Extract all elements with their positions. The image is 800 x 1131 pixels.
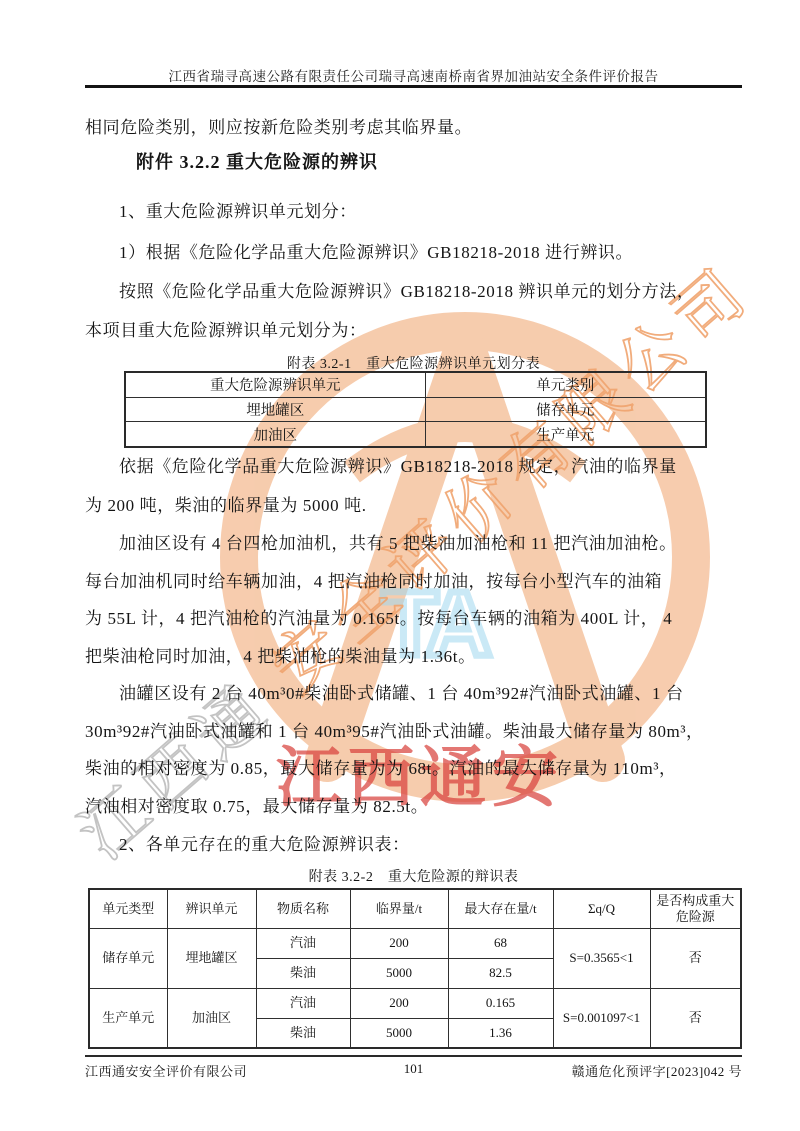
table-cell: 68 [448, 928, 553, 958]
body-line: 汽油相对密度取 0.75，最大储存量为 82.5t。 [85, 795, 742, 819]
table-cell: 柴油 [256, 958, 350, 988]
table-cell: 埋地罐区 [167, 928, 256, 988]
unit-division-table: 重大危险源辨识单元 单元类别 埋地罐区 储存单元 加油区 生产单元 [124, 371, 707, 448]
table-cell: 200 [350, 988, 448, 1018]
table-cell: S=0.3565<1 [553, 928, 650, 988]
table-cell: 5000 [350, 958, 448, 988]
table-cell: 加油区 [167, 988, 256, 1048]
table-header-row: 单元类型 辨识单元 物质名称 临界量/t 最大存在量/t Σq/Q 是否构成重大… [89, 889, 741, 928]
body-line: 30m³92#汽油卧式油罐和 1 台 40m³95#汽油卧式油罐。柴油最大储存量… [85, 720, 742, 744]
body-line: 2、各单元存在的重大危险源辨识表： [85, 833, 742, 857]
table-cell: 生产单元 [89, 988, 167, 1048]
section-heading: 附件 3.2.2 重大危险源的辨识 [136, 150, 742, 174]
body-line: 相同危险类别，则应按新危险类别考虑其临界量。 [85, 116, 742, 140]
body-line: 按照《危险化学品重大危险源辨识》GB18218-2018 辨识单元的划分方法， [85, 280, 742, 304]
body-line: 为 55L 计，4 把汽油枪的汽油量为 0.165t。按每台车辆的油箱为 400… [85, 607, 742, 631]
page-header-title: 江西省瑞寻高速公路有限责任公司瑞寻高速南桥南省界加油站安全条件评价报告 [85, 65, 742, 85]
table-header-cell: 单元类型 [89, 889, 167, 928]
table-cell: 否 [650, 988, 741, 1048]
table-row: 加油区 生产单元 [125, 422, 706, 447]
table-header-cell: 是否构成重大危险源 [650, 889, 741, 928]
table-header-cell: 辨识单元 [167, 889, 256, 928]
table-cell: 1.36 [448, 1018, 553, 1048]
body-line: 把柴油枪同时加油，4 把柴油枪的柴油量为 1.36t。 [85, 645, 742, 669]
table-cell: 82.5 [448, 958, 553, 988]
body-line: 柴油的相对密度为 0.85，最大储存量为为 68t。汽油的最大储存量为 110m… [85, 757, 742, 781]
table-cell: 埋地罐区 [125, 397, 425, 422]
body-line: 每台加油机同时给车辆加油，4 把汽油枪同时加油，按每台小型汽车的油箱 [85, 570, 742, 594]
table-cell: 200 [350, 928, 448, 958]
table-cell: 加油区 [125, 422, 425, 447]
table-cell: 0.165 [448, 988, 553, 1018]
table-cell: 储存单元 [425, 397, 706, 422]
body-line: 油罐区设有 2 台 40m³0#柴油卧式储罐、1 台 40m³92#汽油卧式油罐… [85, 682, 742, 706]
table-header-row: 重大危险源辨识单元 单元类别 [125, 372, 706, 397]
table-cell: 储存单元 [89, 928, 167, 988]
table-row: 生产单元 加油区 汽油 200 0.165 S=0.001097<1 否 [89, 988, 741, 1018]
table-row: 埋地罐区 储存单元 [125, 397, 706, 422]
table-cell: 柴油 [256, 1018, 350, 1048]
table-row: 储存单元 埋地罐区 汽油 200 68 S=0.3565<1 否 [89, 928, 741, 958]
table-cell: 5000 [350, 1018, 448, 1048]
body-line: 加油区设有 4 台四枪加油机，共有 5 把柴油加油枪和 11 把汽油加油枪。 [85, 532, 742, 556]
table-header-cell: 最大存在量/t [448, 889, 553, 928]
body-line: 为 200 吨，柴油的临界量为 5000 吨. [85, 494, 742, 518]
body-line: 1、重大危险源辨识单元划分： [85, 200, 742, 224]
header-rule [85, 85, 742, 88]
table-header-cell: 临界量/t [350, 889, 448, 928]
table-header-cell: Σq/Q [553, 889, 650, 928]
footer-doc-number: 赣通危化预评字[2023]042 号 [572, 1061, 742, 1080]
table-cell: 生产单元 [425, 422, 706, 447]
major-hazard-identification-table: 单元类型 辨识单元 物质名称 临界量/t 最大存在量/t Σq/Q 是否构成重大… [88, 888, 742, 1049]
table-header-cell: 单元类别 [425, 372, 706, 397]
footer-rule [85, 1055, 742, 1057]
table-header-cell: 重大危险源辨识单元 [125, 372, 425, 397]
table-caption: 附表 3.2-2 重大危险源的辩识表 [85, 866, 742, 886]
body-line: 本项目重大危险源辨识单元划分为： [85, 319, 742, 343]
table-cell: 汽油 [256, 988, 350, 1018]
table-cell: 否 [650, 928, 741, 988]
table-cell: 汽油 [256, 928, 350, 958]
table-caption: 附表 3.2-1 重大危险源辨识单元划分表 [85, 353, 742, 373]
body-line: 1）根据《危险化学品重大危险源辨识》GB18218-2018 进行辨识。 [85, 241, 742, 265]
table-cell: S=0.001097<1 [553, 988, 650, 1048]
table-header-cell: 物质名称 [256, 889, 350, 928]
body-line: 依据《危险化学品重大危险源辨识》GB18218-2018 规定，汽油的临界量 [85, 455, 742, 479]
document-page: TA 江西通 安全评价有限公司 江西通安 江西省瑞寻高速公路有限责任公司瑞寻高速… [0, 0, 800, 1131]
